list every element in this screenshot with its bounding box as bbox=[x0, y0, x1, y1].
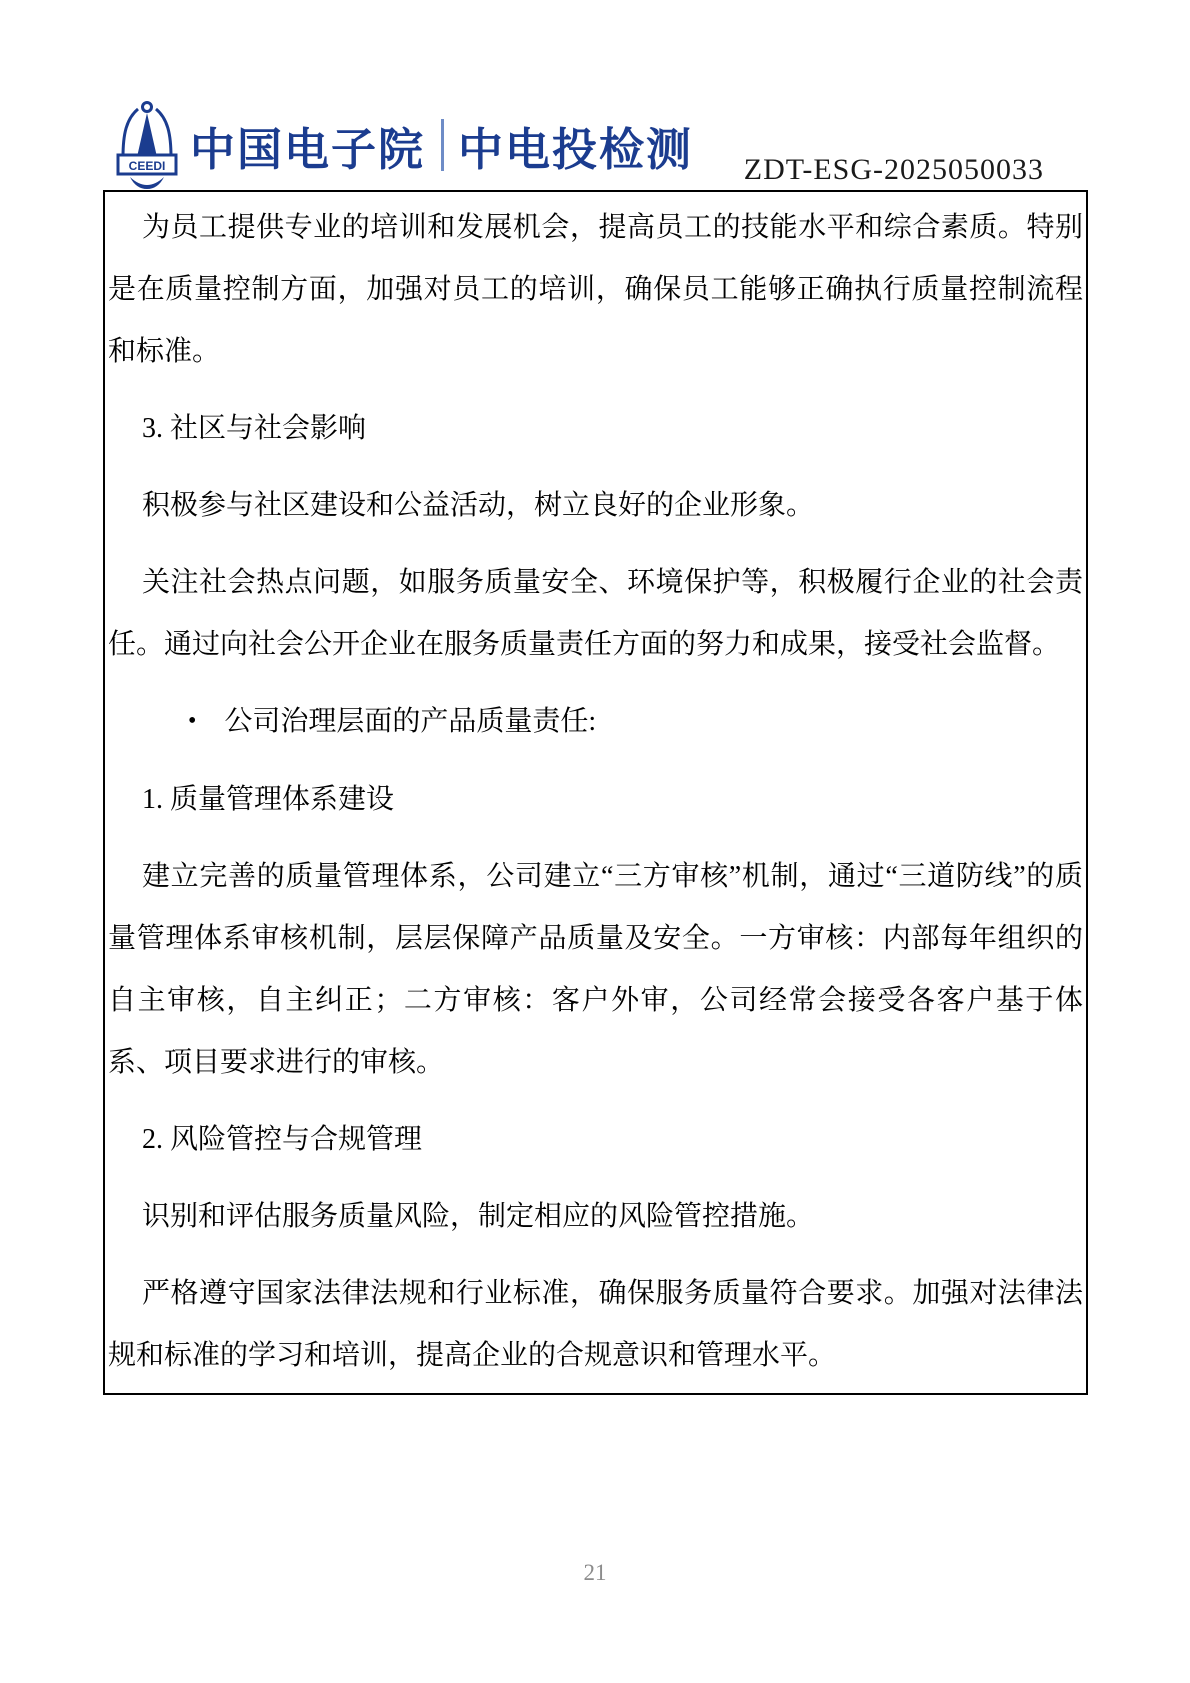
bullet-paragraph: •公司治理层面的产品质量责任: bbox=[108, 691, 1083, 754]
logo-divider bbox=[441, 119, 444, 171]
org-name-primary: 中国电子院 bbox=[190, 113, 425, 178]
body-paragraph: 严格遵守国家法律法规和行业标准，确保服务质量符合要求。加强对法律法规和标准的学习… bbox=[108, 1263, 1083, 1387]
body-paragraph: 积极参与社区建设和公益活动，树立良好的企业形象。 bbox=[108, 475, 1083, 537]
heading-paragraph: 2. 风险管控与合规管理 bbox=[108, 1109, 1083, 1171]
org-name-secondary: 中电投检测 bbox=[458, 113, 693, 178]
ceedi-tower-icon: CEEDI bbox=[116, 99, 178, 191]
body-paragraph: 识别和评估服务质量风险，制定相应的风险管控措施。 bbox=[108, 1186, 1083, 1248]
ceedi-label: CEEDI bbox=[129, 159, 166, 173]
body-paragraph: 关注社会热点问题，如服务质量安全、环境保护等，积极履行企业的社会责任。通过向社会… bbox=[108, 552, 1083, 676]
header: CEEDI 中国电子院 中电投检测 bbox=[116, 98, 693, 192]
heading-paragraph: 1. 质量管理体系建设 bbox=[108, 769, 1083, 831]
document-page: CEEDI 中国电子院 中电投检测 ZDT-ESG-2025050033 为员工… bbox=[0, 0, 1190, 1683]
heading-paragraph: 3. 社区与社会影响 bbox=[108, 398, 1083, 460]
page-number: 21 bbox=[0, 1560, 1190, 1586]
body-paragraph: 建立完善的质量管理体系，公司建立“三方审核”机制，通过“三道防线”的质量管理体系… bbox=[108, 846, 1083, 1094]
document-body: 为员工提供专业的培训和发展机会，提高员工的技能水平和综合素质。特别是在质量控制方… bbox=[103, 190, 1088, 1395]
bullet-icon: • bbox=[148, 690, 196, 752]
body-paragraph: 为员工提供专业的培训和发展机会，提高员工的技能水平和综合素质。特别是在质量控制方… bbox=[108, 197, 1083, 383]
document-number: ZDT-ESG-2025050033 bbox=[744, 153, 1044, 187]
